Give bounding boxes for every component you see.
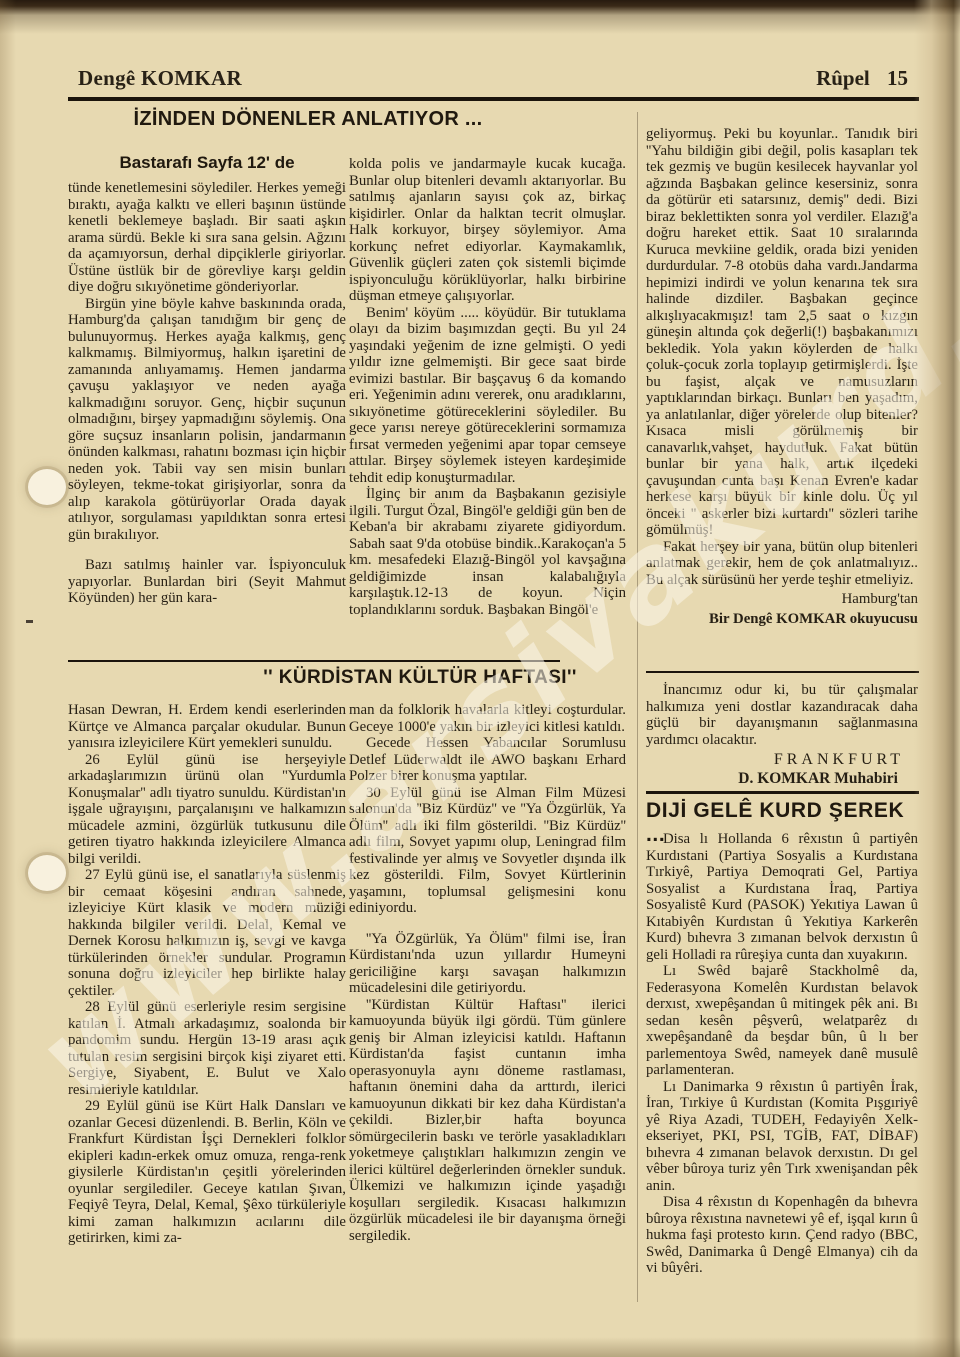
newspaper-page: www.arsivakurd.org Dengê KOMKAR Rûpel 15… — [0, 0, 960, 1357]
paragraph: ''Ya ÖZgürlük, Ya Ölüm'' filmi ise, İran… — [349, 931, 626, 997]
paragraph: 29 Eylül günü ise Kürt Halk Dansları ve … — [68, 1098, 346, 1247]
paragraph: Hasan Dewran, H. Erdem kendi eserlerinde… — [68, 702, 346, 752]
column-divider-rule — [637, 112, 638, 1302]
punch-hole — [28, 855, 66, 891]
page-edge-bottom — [0, 1337, 960, 1357]
paragraph: Benim' köyüm ..... köyüdür. Bir tutuklam… — [349, 305, 626, 487]
paragraph: 26 Eylül günü ise herşeyiyle arkadaşları… — [68, 752, 346, 868]
paragraph: geliyormuş. Peki bu koyunlar.. Tanıdık b… — [646, 126, 918, 539]
paragraph: Bazı satılmış hainler var. İspiyonculuk … — [68, 557, 346, 607]
article3-column: Disa lı Hollanda 6 rêxıstın û partiyên K… — [646, 831, 918, 1277]
article1-signature-author: Bir Dengê KOMKAR okuyucusu — [646, 611, 918, 628]
masthead-rule — [68, 97, 919, 101]
paragraph: kolda polis ve jandarmayle kucak kucağa.… — [349, 156, 626, 305]
paragraph: İnancımız odur ki, bu tür çalışmalar hal… — [646, 682, 918, 748]
paragraph: Fakat herşey bir yana, bütün olup bitenl… — [646, 539, 918, 589]
article1-title: İZİNDEN DÖNENLER ANLATIYOR ... — [88, 108, 528, 131]
page-number: Rûpel 15 — [816, 66, 908, 91]
article1-column-3: geliyormuş. Peki bu koyunlar.. Tanıdık b… — [646, 126, 918, 627]
paragraph: Birgün yine böyle kahve baskınında orada… — [68, 296, 346, 544]
article2-closing: İnancımız odur ki, bu tür çalışmalar hal… — [646, 682, 918, 748]
paragraph: 30 Eylül günü ise Alman Film Müzesi salo… — [349, 785, 626, 917]
paragraph: İlginç bir anım da Başbakanın gezisiyle … — [349, 486, 626, 618]
article2-signature-author: D. KOMKAR Muhabiri — [646, 770, 898, 788]
punch-hole — [28, 469, 66, 505]
section-rule — [646, 791, 919, 794]
paragraph: Disa lı Hollanda 6 rêxıstın û partiyên K… — [646, 831, 918, 963]
article2-signature-place: FRANKFURT — [646, 751, 904, 769]
paragraph: Disa 4 rêxıstın dı Kopenhagên da bıhevra… — [646, 1194, 918, 1277]
article1-column-1: tünde kenetlemesini söylediler. Herkes y… — [68, 180, 346, 607]
section-rule — [646, 671, 919, 673]
page-edge-top — [0, 0, 960, 34]
paragraph: 28 Eylül günü eserleriyle resim sergisin… — [68, 999, 346, 1098]
paragraph: ''Kürdistan Kültür Haftası'' ilerici kam… — [349, 997, 626, 1245]
article2-column-1: Hasan Dewran, H. Erdem kendi eserlerinde… — [68, 702, 346, 1247]
article1-column-2: kolda polis ve jandarmayle kucak kucağa.… — [349, 156, 626, 618]
page-edge-left — [0, 0, 16, 1357]
paragraph: 27 Eylü günü ise, el sanatlarıyla süslen… — [68, 867, 346, 999]
paragraph: tünde kenetlemesini söylediler. Herkes y… — [68, 180, 346, 296]
paragraph: Lı Swêd bajarê Stackholmê da, Federasyon… — [646, 963, 918, 1079]
article2-column-2: man da folklorik havalarla kitleyi coştu… — [349, 702, 626, 1244]
paragraph: Lı Danimarka 9 rêxıstın û partiyên İrak,… — [646, 1079, 918, 1195]
paragraph: man da folklorik havalarla kitleyi coştu… — [349, 702, 626, 735]
article1-continued-from: Bastarafı Sayfa 12' de — [68, 153, 346, 173]
page-edge-right — [914, 0, 960, 1357]
scan-speck — [26, 620, 33, 623]
article2-title: '' KÜRDİSTAN KÜLTÜR HAFTASI'' — [205, 667, 635, 689]
paragraph: Gecede Hessen Yabancılar Sorumlusu Detle… — [349, 735, 626, 785]
section-rule — [68, 660, 560, 662]
newspaper-name: Dengê KOMKAR — [78, 66, 242, 91]
article1-signature-place: Hamburg'tan — [646, 591, 918, 608]
